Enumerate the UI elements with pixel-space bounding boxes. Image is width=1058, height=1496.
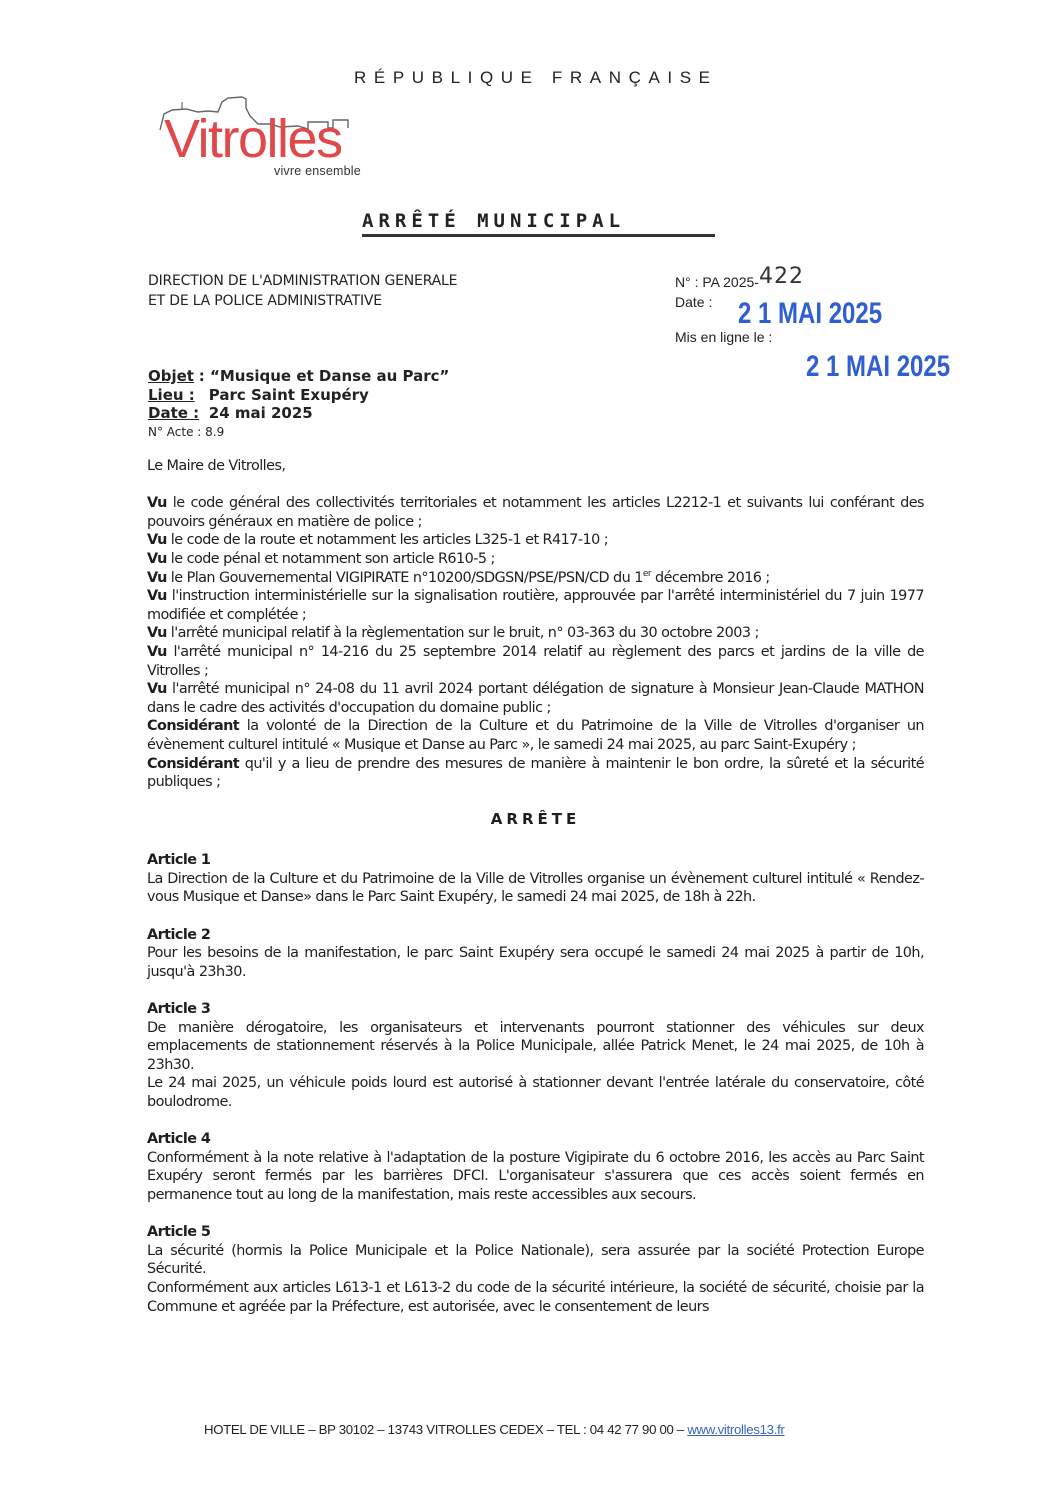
visa-lead: Vu: [147, 495, 167, 511]
reference-online-label: Mis en ligne le :: [675, 329, 772, 345]
document-title: ARRÊTÉ MUNICIPAL: [362, 210, 625, 232]
visa-lead: Vu: [147, 532, 167, 548]
visa-item: Vu le code général des collectivités ter…: [147, 494, 924, 531]
article-4: Article 4Conformément à la note relative…: [147, 1130, 924, 1204]
article-title: Article 5: [147, 1223, 924, 1242]
title-underline: [362, 234, 715, 237]
visa-item: Vu le code de la route et notamment les …: [147, 531, 924, 550]
article-title: Article 4: [147, 1130, 924, 1149]
visa-text: le code pénal et notamment son article R…: [167, 551, 495, 567]
visa-text: qu'il y a lieu de prendre des mesures de…: [147, 756, 924, 791]
article-5: Article 5La sécurité (hormis la Police M…: [147, 1223, 924, 1316]
visa-item: Considérant qu'il y a lieu de prendre de…: [147, 755, 924, 792]
article-paragraph: Conformément à la note relative à l'adap…: [147, 1149, 924, 1205]
visa-lead: Vu: [147, 588, 167, 604]
visa-text: le code général des collectivités territ…: [147, 495, 924, 530]
document-body: Le Maire de Vitrolles, Vu le code généra…: [147, 457, 924, 1335]
visa-lead: Vu: [147, 570, 167, 586]
date-label: Date :: [148, 404, 204, 423]
arrete-heading: ARRÊTE: [147, 810, 924, 829]
objet-label: Objet: [148, 367, 194, 386]
article-paragraph: De manière dérogatoire, les organisateur…: [147, 1019, 924, 1075]
visa-lead: Vu: [147, 625, 167, 641]
department-line-2: ET DE LA POLICE ADMINISTRATIVE: [148, 291, 457, 311]
website-link[interactable]: www.vitrolles13.fr: [687, 1422, 784, 1437]
online-date-stamp: 2 1 MAI 2025: [806, 350, 950, 384]
objet-value: : “Musique et Danse au Parc”: [199, 367, 450, 385]
articles-list: Article 1La Direction de la Culture et d…: [147, 851, 924, 1316]
visa-item: Considérant la volonté de la Direction d…: [147, 717, 924, 754]
logo-tagline: vivre ensemble: [274, 164, 361, 178]
article-paragraph: La Direction de la Culture et du Patrimo…: [147, 870, 924, 907]
subject-block: Objet : “Musique et Danse au Parc” Lieu …: [148, 367, 449, 441]
article-paragraph: Pour les besoins de la manifestation, le…: [147, 944, 924, 981]
visa-lead: Vu: [147, 551, 167, 567]
visa-text: l'arrêté municipal relatif à la règlemen…: [167, 625, 759, 641]
visa-item: Vu le code pénal et notamment son articl…: [147, 550, 924, 569]
date-value: 24 mai 2025: [209, 404, 313, 422]
visa-text: le Plan Gouvernemental VIGIPIRATE n°1020…: [167, 570, 643, 586]
maire-salutation: Le Maire de Vitrolles,: [147, 457, 924, 476]
visas-list: Vu le code général des collectivités ter…: [147, 494, 924, 792]
visa-text: l'arrêté municipal n° 24-08 du 11 avril …: [147, 681, 924, 716]
visa-text: l'arrêté municipal n° 14-216 du 25 septe…: [147, 644, 924, 679]
vitrolles-logo: Vitrolles vivre ensemble: [158, 94, 408, 189]
article-title: Article 1: [147, 851, 924, 870]
article-paragraph: Le 24 mai 2025, un véhicule poids lourd …: [147, 1074, 924, 1111]
lieu-label: Lieu :: [148, 386, 204, 405]
visa-item: Vu l'arrêté municipal n° 14-216 du 25 se…: [147, 643, 924, 680]
department-block: DIRECTION DE L'ADMINISTRATION GENERALE E…: [148, 271, 457, 311]
reference-number-label: N° : PA 2025-: [675, 274, 759, 290]
acte-number: N° Acte : 8.9: [148, 423, 449, 442]
visa-lead: Vu: [147, 681, 167, 697]
article-1: Article 1La Direction de la Culture et d…: [147, 851, 924, 907]
visa-item: Vu l'arrêté municipal n° 24-08 du 11 avr…: [147, 680, 924, 717]
visa-lead: Vu: [147, 644, 167, 660]
article-paragraph: Conformément aux articles L613-1 et L613…: [147, 1279, 924, 1316]
article-title: Article 3: [147, 1000, 924, 1019]
reference-number-handwritten: 422: [759, 264, 804, 289]
visa-text-after: décembre 2016 ;: [651, 570, 770, 586]
visa-item: Vu l'instruction interministérielle sur …: [147, 587, 924, 624]
visa-text: le code de la route et notamment les art…: [167, 532, 608, 548]
visa-item: Vu l'arrêté municipal relatif à la règle…: [147, 624, 924, 643]
visa-text: l'instruction interministérielle sur la …: [147, 588, 924, 623]
visa-sup: er: [643, 569, 651, 579]
visa-lead: Considérant: [147, 718, 239, 734]
footer-address: HOTEL DE VILLE – BP 30102 – 13743 VITROL…: [204, 1422, 785, 1437]
lieu-value: Parc Saint Exupéry: [209, 386, 369, 404]
visa-text: la volonté de la Direction de la Culture…: [147, 718, 924, 753]
footer-address-text: HOTEL DE VILLE – BP 30102 – 13743 VITROL…: [204, 1422, 687, 1437]
logo-wordmark: Vitrolles: [164, 112, 342, 166]
republique-francaise-header: RÉPUBLIQUE FRANÇAISE: [354, 68, 718, 88]
document-page: RÉPUBLIQUE FRANÇAISE Vitrolles vivre ens…: [0, 0, 1058, 1496]
department-line-1: DIRECTION DE L'ADMINISTRATION GENERALE: [148, 271, 457, 291]
article-paragraph: La sécurité (hormis la Police Municipale…: [147, 1242, 924, 1279]
visa-item: Vu le Plan Gouvernemental VIGIPIRATE n°1…: [147, 569, 924, 588]
date-stamp: 2 1 MAI 2025: [738, 297, 882, 331]
article-title: Article 2: [147, 926, 924, 945]
article-2: Article 2Pour les besoins de la manifest…: [147, 926, 924, 982]
visa-lead: Considérant: [147, 756, 239, 772]
article-3: Article 3De manière dérogatoire, les org…: [147, 1000, 924, 1112]
